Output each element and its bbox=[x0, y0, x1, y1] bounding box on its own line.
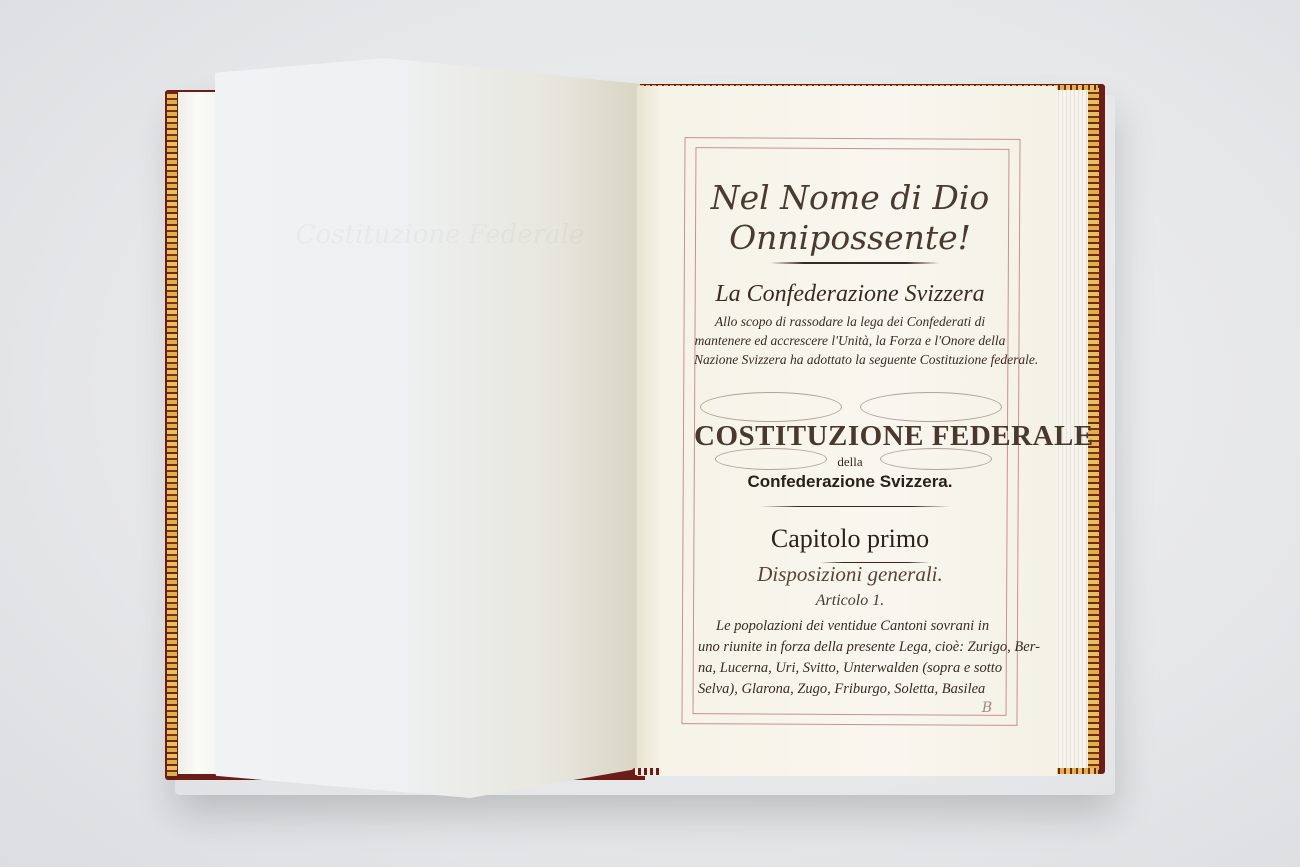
rule-divider bbox=[760, 506, 950, 507]
document-title: COSTITUZIONE FEDERALE bbox=[694, 420, 1006, 453]
show-through-text: Costituzione Federale bbox=[280, 220, 600, 250]
rule-divider bbox=[770, 262, 940, 264]
article-heading: Articolo 1. bbox=[694, 592, 1006, 610]
article-text-line-3: na, Lucerna, Uri, Svitto, Unterwalden (s… bbox=[698, 660, 1008, 677]
preamble-line-3: Nazione Svizzera ha adottato la seguente… bbox=[694, 352, 1006, 368]
article-text-line-1: Le popolazioni dei ventidue Cantoni sovr… bbox=[698, 618, 1026, 635]
flourish-ornament bbox=[700, 392, 842, 422]
catchword: B bbox=[972, 700, 1002, 716]
gilt-edge-left bbox=[167, 92, 177, 776]
invocation-line-2: Onnipossente! bbox=[694, 218, 1006, 257]
invocation-line-1: Nel Nome di Dio bbox=[694, 178, 1006, 217]
left-page[interactable] bbox=[215, 58, 640, 798]
headband bbox=[632, 768, 662, 775]
preamble-line-2: mantenere ed accrescere l'Unità, la Forz… bbox=[694, 333, 1006, 349]
flourish-ornament bbox=[860, 392, 1002, 422]
chapter-heading: Capitolo primo bbox=[694, 524, 1006, 554]
section-heading: Disposizioni generali. bbox=[694, 562, 1006, 587]
document-subtitle: Confederazione Svizzera. bbox=[694, 472, 1006, 492]
article-text-line-2: uno riunite in forza della presente Lega… bbox=[698, 639, 1008, 656]
article-text-line-4: Selva), Glarona, Zugo, Friburgo, Soletta… bbox=[698, 681, 1008, 698]
issuer-heading: La Confederazione Svizzera bbox=[694, 281, 1006, 308]
preamble-line-1: Allo scopo di rassodare la lega dei Conf… bbox=[694, 314, 1006, 330]
title-connector: della bbox=[694, 454, 1006, 470]
